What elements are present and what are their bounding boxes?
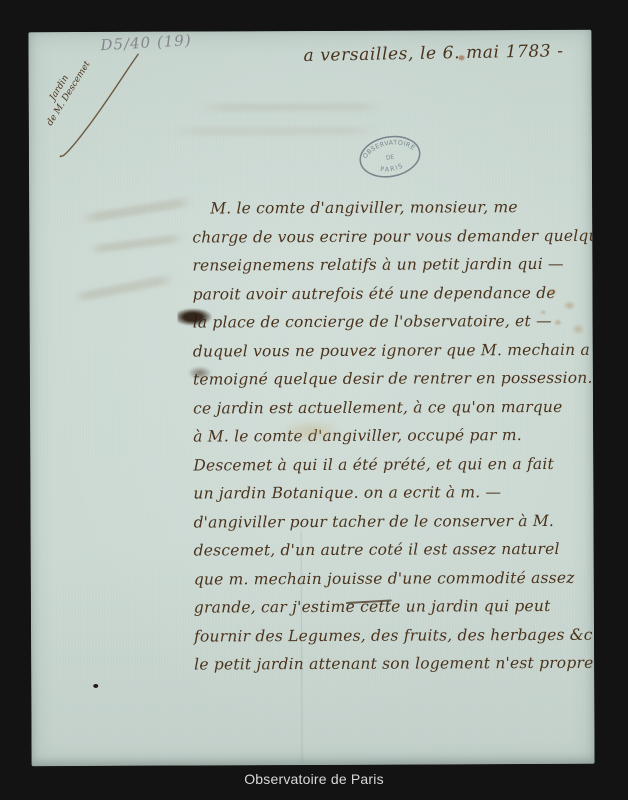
letter-line: grande, car j'estime cette un jardin qui…	[194, 592, 590, 622]
letter-line: duquel vous ne pouvez ignorer que M. mec…	[193, 335, 589, 365]
bleedthrough-smear	[169, 127, 379, 136]
letter-line: renseignemens relatifs à un petit jardin…	[192, 250, 588, 280]
letter-dateline: a versailles, le 6. mai 1783 -	[303, 41, 583, 66]
letter-line: paroit avoir autrefois été une dependanc…	[192, 278, 588, 308]
letter-photograph: D5/40 (19) Jardin de M. Descemet a versa…	[0, 0, 628, 800]
letter-line: M. le comte d'angiviller, monsieur, me	[192, 193, 588, 223]
letter-line: charge de vous ecrire pour vous demander…	[192, 221, 588, 251]
letter-line: descemet, d'un autre coté il est assez n…	[194, 535, 590, 565]
letter-line: temoigné quelque desir de rentrer en pos…	[193, 364, 589, 394]
photo-caption: Observatoire de Paris	[0, 771, 628, 787]
letter-line: fournir des Legumes, des fruits, des her…	[194, 620, 590, 650]
letter-paper: D5/40 (19) Jardin de M. Descemet a versa…	[28, 30, 594, 766]
letter-line: ce jardin est actuellement, à ce qu'on m…	[193, 392, 589, 422]
bleedthrough-smear	[79, 197, 194, 224]
observatoire-stamp: OBSERVATOIRE DE PARIS	[350, 125, 430, 189]
letter-line: la place de concierge de l'observatoire,…	[193, 307, 589, 337]
letter-line: Descemet à qui il a été prété, et qui en…	[193, 449, 589, 479]
stamp-text-middle: DE	[386, 154, 395, 161]
bleedthrough-smear	[87, 234, 185, 254]
bleedthrough-smear	[197, 103, 387, 112]
letter-line: que m. mechain jouisse d'une commodité a…	[194, 563, 590, 593]
letter-line: d'angiviller pour tacher de le conserver…	[193, 506, 589, 536]
letter-line: à M. le comte d'angiviller, occupé par m…	[193, 421, 589, 451]
ink-dot	[93, 684, 98, 688]
letter-body: M. le comte d'angiviller, monsieur, me c…	[192, 193, 590, 679]
bleedthrough-smear	[72, 274, 176, 303]
letter-line: le petit jardin attenant son logement n'…	[194, 649, 590, 679]
letter-line: un jardin Botanique. on a ecrit à m. —	[193, 478, 589, 508]
